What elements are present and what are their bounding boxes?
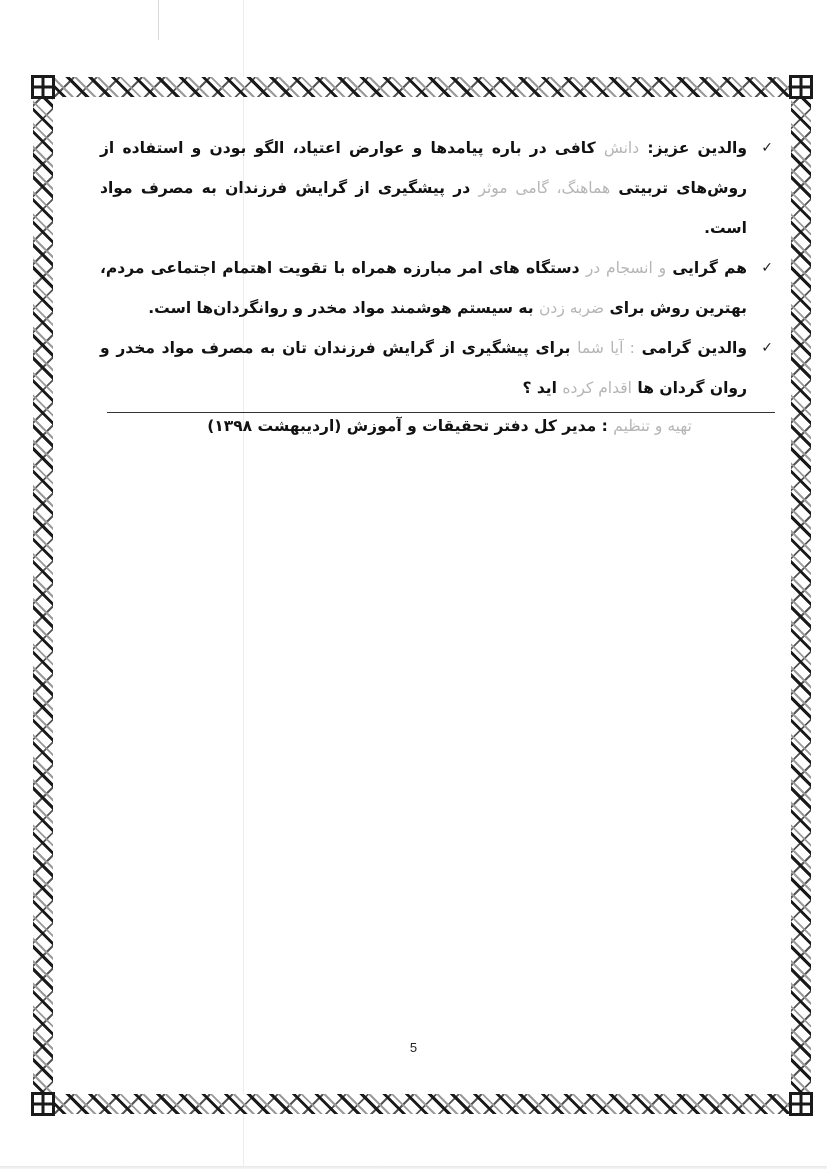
page-number: 5 [0, 1040, 827, 1055]
credit-faded-label: تهیه و تنظیم [613, 417, 691, 435]
bullet-item-convergence: ✓ هم گرایی و انسجام در دستگاه های امر مب… [100, 248, 769, 328]
bullet-text: اید ؟ [522, 379, 556, 397]
bullet-item-parents-knowledge: ✓ والدین عزیز: دانش کافی در باره پیامدها… [100, 128, 769, 248]
corner-knot-icon [31, 1092, 55, 1116]
bullet-faded-text: هماهنگ، گامی موثر [478, 179, 610, 197]
author-credit: تهیه و تنظیم : مدیر کل دفتر تحقیقات و آم… [100, 417, 769, 435]
bullet-faded-text: و انسجام در [586, 259, 666, 277]
bullet-lead: والدین گرامی [642, 339, 747, 357]
border-left [33, 77, 53, 1114]
border-right [791, 77, 811, 1114]
bullet-faded-text: دانش [604, 139, 639, 157]
scan-artifact-line [158, 0, 159, 40]
bullet-faded-text: اقدام کرده [562, 379, 632, 397]
border-bottom [33, 1094, 811, 1114]
checkmark-icon: ✓ [761, 328, 773, 368]
document-body: ✓ والدین عزیز: دانش کافی در باره پیامدها… [100, 128, 769, 435]
bullet-lead: هم گرایی [672, 259, 747, 277]
bullet-text: به سیستم هوشمند مواد مخدر و روانگردان‌ها… [148, 299, 533, 317]
bullet-lead: والدین عزیز: [647, 139, 747, 157]
checkmark-icon: ✓ [761, 128, 773, 168]
bullet-list: ✓ والدین عزیز: دانش کافی در باره پیامدها… [100, 128, 769, 408]
bullet-faded-text: ضربه زدن [539, 299, 604, 317]
corner-knot-icon [789, 75, 813, 99]
border-top [33, 77, 811, 97]
corner-knot-icon [31, 75, 55, 99]
credit-text: : مدیر کل دفتر تحقیقات و آموزش (اردیبهشت… [207, 417, 608, 435]
corner-knot-icon [789, 1092, 813, 1116]
horizontal-divider [107, 412, 775, 413]
bullet-item-parents-question: ✓ والدین گرامی : آیا شما برای پیشگیری از… [100, 328, 769, 408]
bullet-faded-text: : آیا شما [577, 339, 635, 357]
checkmark-icon: ✓ [761, 248, 773, 288]
